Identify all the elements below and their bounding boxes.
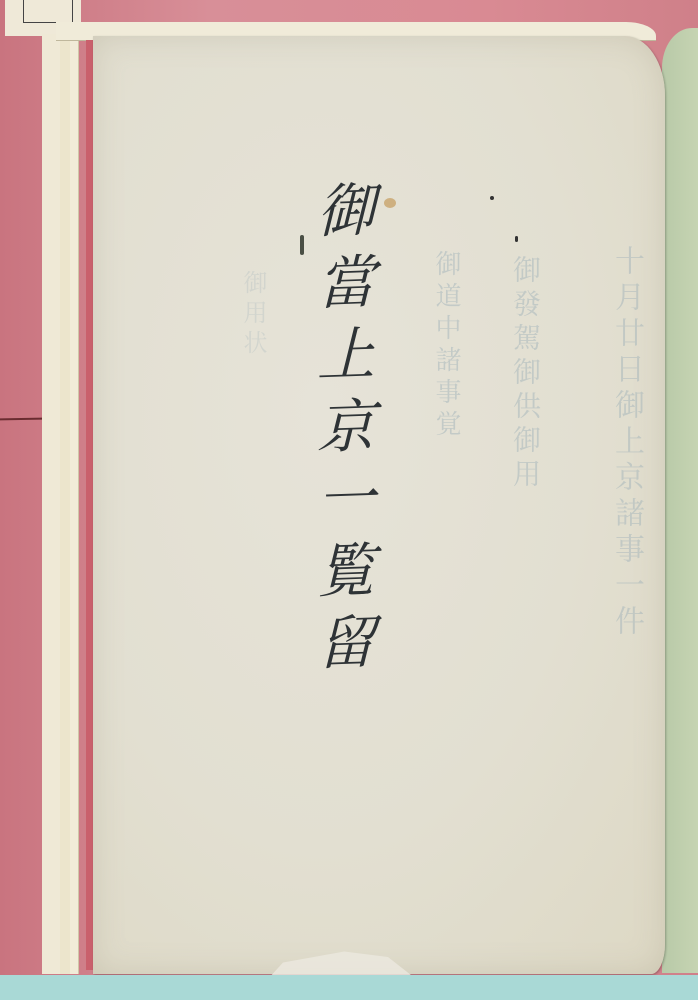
page-edge xyxy=(70,24,79,974)
bleed-through-text: 御用状 xyxy=(236,270,271,360)
stain-mark xyxy=(384,198,396,208)
adjacent-green-book xyxy=(662,28,698,973)
red-binding-line xyxy=(86,40,93,970)
bleed-through-text: 十月廿日御上京諸事一件 xyxy=(604,245,648,641)
page-edge xyxy=(42,34,61,974)
manuscript-cover-page xyxy=(93,36,665,974)
bleed-through-text: 御發駕御供御用 xyxy=(505,255,545,493)
label-box xyxy=(23,0,73,23)
ink-spot xyxy=(515,236,518,242)
ink-stroke xyxy=(300,235,304,255)
bleed-through-text: 御道中諸事覚 xyxy=(428,250,465,442)
manuscript-title: 御當上京一覧留 xyxy=(312,179,370,685)
table-surface xyxy=(0,975,698,1000)
ink-spot xyxy=(490,196,494,200)
